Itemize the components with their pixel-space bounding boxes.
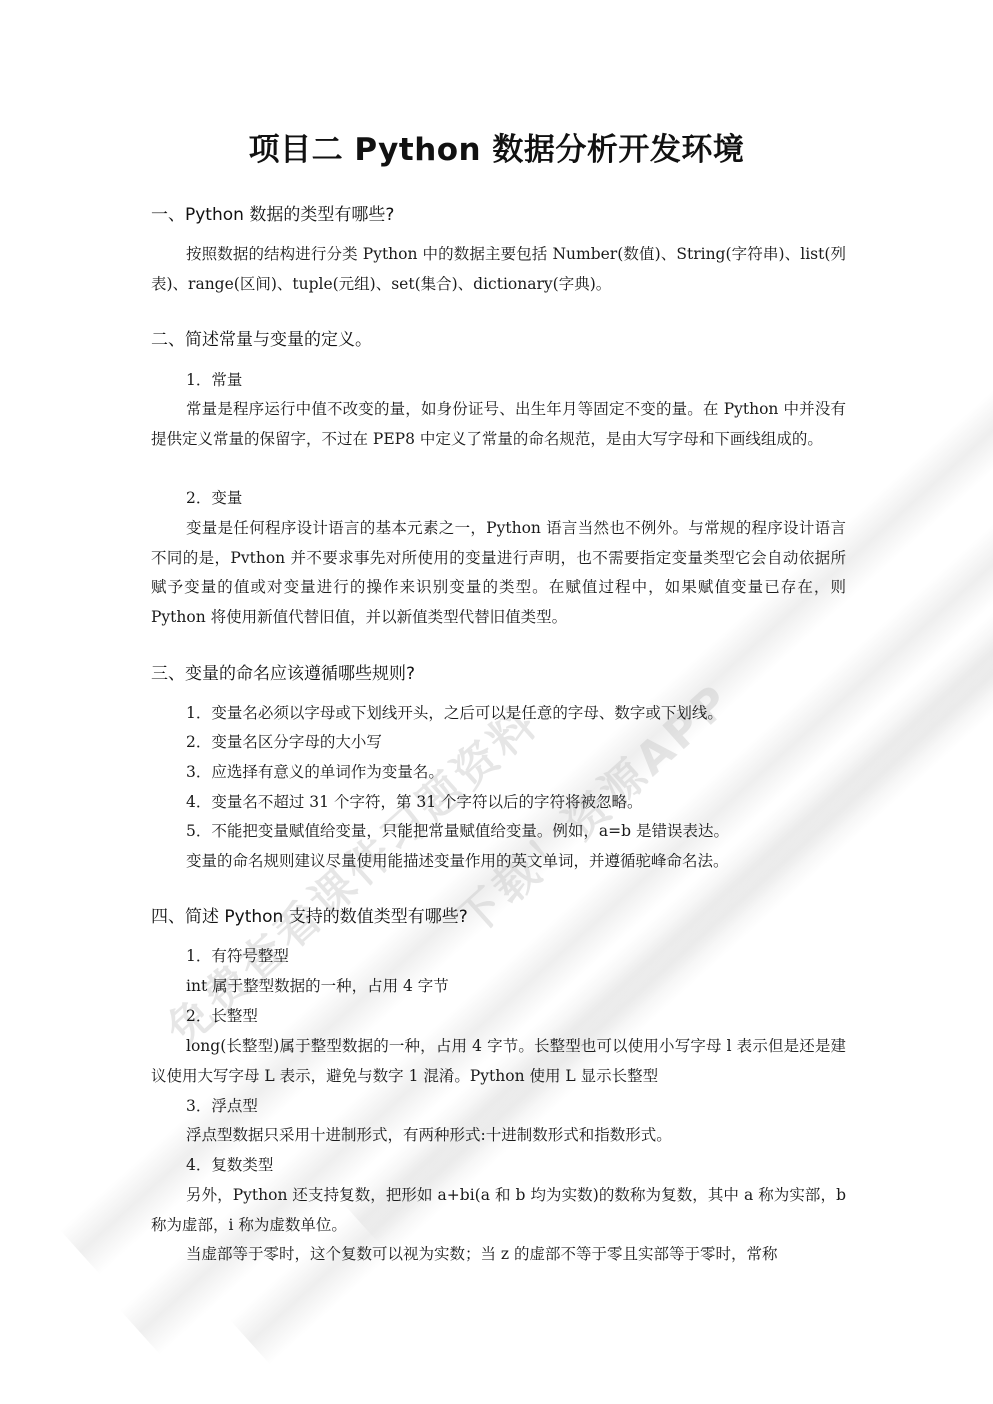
list-item: 5．不能把变量赋值给变量，只能把常量赋值给变量。例如，a=b 是错误表达。 (186, 817, 729, 847)
section-heading: 四、简述 Python 支持的数值类型有哪些? (151, 902, 468, 927)
paragraph: 按照数据的结构进行分类 Python 中的数据主要包括 Number(数值)、S… (151, 240, 846, 299)
paragraph: 变量的命名规则建议尽量使用能描述变量作用的英文单词，并遵循驼峰命名法。 (186, 847, 729, 877)
paragraph: 另外，Python 还支持复数，把形如 a+bi(a 和 b 均为实数)的数称为… (151, 1181, 846, 1240)
list-item: 3．应选择有意义的单词作为变量名。 (186, 758, 444, 788)
section-heading: 三、变量的命名应该遵循哪些规则? (151, 659, 415, 684)
paragraph: 变量是任何程序设计语言的基本元素之一，Python 语言当然也不例外。与常规的程… (151, 514, 846, 632)
page-title: 项目二 Python 数据分析开发环境 (0, 124, 993, 169)
paragraph: 常量是程序运行中值不改变的量，如身份证号、出生年月等固定不变的量。在 Pytho… (151, 395, 846, 454)
section-heading: 一、Python 数据的类型有哪些? (151, 200, 394, 225)
paragraph: int 属于整型数据的一种，占用 4 字节 (186, 972, 449, 1002)
list-item: 1．常量 (186, 366, 242, 396)
list-item: 2．变量 (186, 484, 242, 514)
paragraph: long(长整型)属于整型数据的一种，占用 4 字节。长整型也可以使用小写字母 … (151, 1032, 846, 1091)
list-item: 2．长整型 (186, 1002, 258, 1032)
list-item: 2．变量名区分字母的大小写 (186, 728, 382, 758)
paragraph: 当虚部等于零时，这个复数可以视为实数；当 z 的虚部不等于零且实部等于零时，常称 (151, 1240, 846, 1270)
section-heading: 二、简述常量与变量的定义。 (151, 325, 372, 350)
list-item: 1．变量名必须以字母或下划线开头，之后可以是任意的字母、数字或下划线。 (186, 699, 723, 729)
list-item: 4．复数类型 (186, 1151, 273, 1181)
list-item: 3．浮点型 (186, 1092, 258, 1122)
paragraph: 浮点型数据只采用十进制形式，有两种形式:十进制数形式和指数形式。 (186, 1121, 672, 1151)
list-item: 4．变量名不超过 31 个字符，第 31 个字符以后的字符将被忽略。 (186, 788, 643, 818)
list-item: 1．有符号整型 (186, 942, 289, 972)
